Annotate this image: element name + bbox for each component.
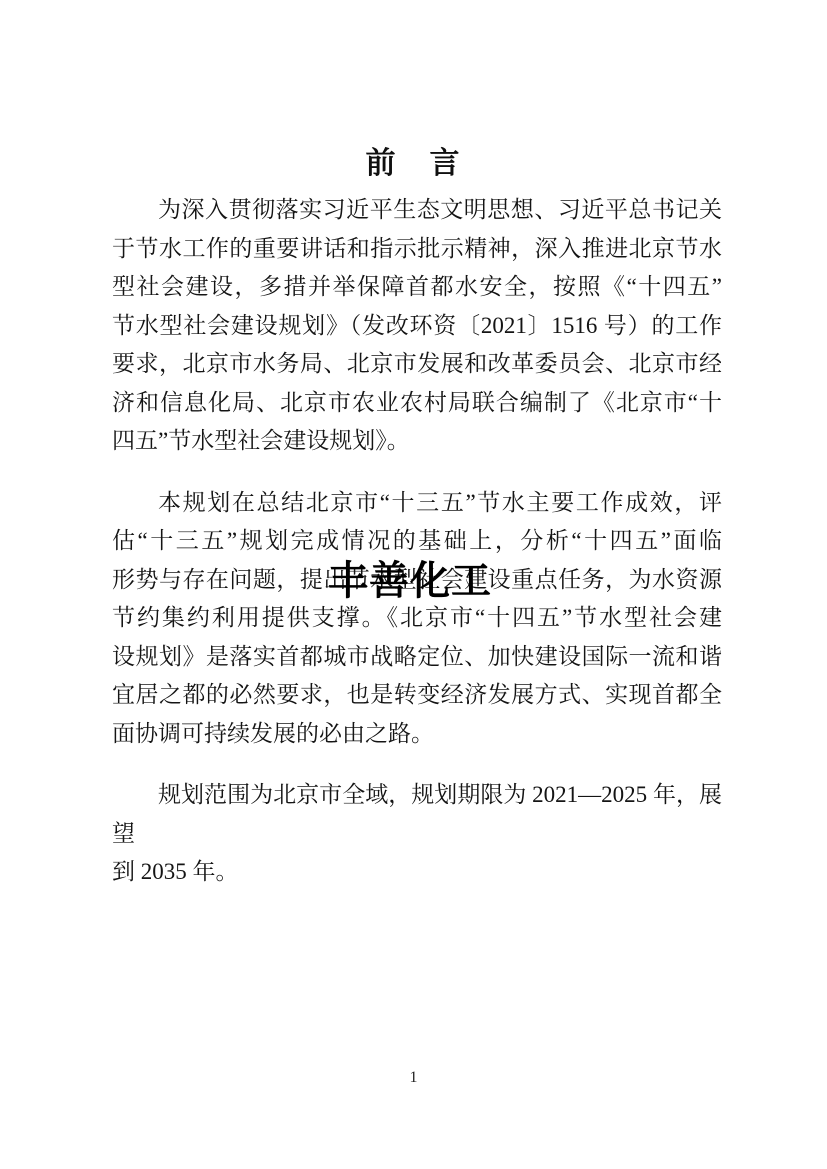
text-line: 节水型社会建设规划》（发改环资〔2021〕1516 号）的工作: [112, 307, 722, 346]
text-line: 节约集约利用提供支撑。《北京市“十四五”节水型社会建: [112, 599, 722, 638]
text-line: 规划范围为北京市全域，规划期限为 2021—2025 年，展望: [112, 776, 722, 853]
text-line: 估“十三五”规划完成情况的基础上，分析“十四五”面临: [112, 522, 722, 561]
document-page: 前 言 为深入贯彻落实习近平生态文明思想、习近平总书记关 于节水工作的重要讲话和…: [0, 0, 827, 1169]
text-line: 为深入贯彻落实习近平生态文明思想、习近平总书记关: [112, 191, 722, 230]
watermark-text: 丰善化工: [328, 560, 492, 602]
document-title: 前 言: [0, 148, 827, 180]
text-line: 型社会建设，多措并举保障首都水安全，按照《“十四五”: [112, 268, 722, 307]
text-line: 面协调可持续发展的必由之路。: [112, 715, 722, 754]
text-line: 要求，北京市水务局、北京市发展和改革委员会、北京市经: [112, 345, 722, 384]
text-line: 四五”节水型社会建设规划》。: [112, 422, 722, 461]
document-body: 为深入贯彻落实习近平生态文明思想、习近平总书记关 于节水工作的重要讲话和指示批示…: [112, 191, 722, 915]
text-line: 宜居之都的必然要求，也是转变经济发展方式、实现首都全: [112, 676, 722, 715]
text-line: 济和信息化局、北京市农业农村局联合编制了《北京市“十: [112, 384, 722, 423]
text-line: 到 2035 年。: [112, 853, 722, 892]
text-line: 设规划》是落实首都城市战略定位、加快建设国际一流和谐: [112, 638, 722, 677]
page-number: 1: [0, 1069, 827, 1087]
text-line: 于节水工作的重要讲话和指示批示精神，深入推进北京节水: [112, 230, 722, 269]
text-line: 本规划在总结北京市“十三五”节水主要工作成效，评: [112, 484, 722, 523]
